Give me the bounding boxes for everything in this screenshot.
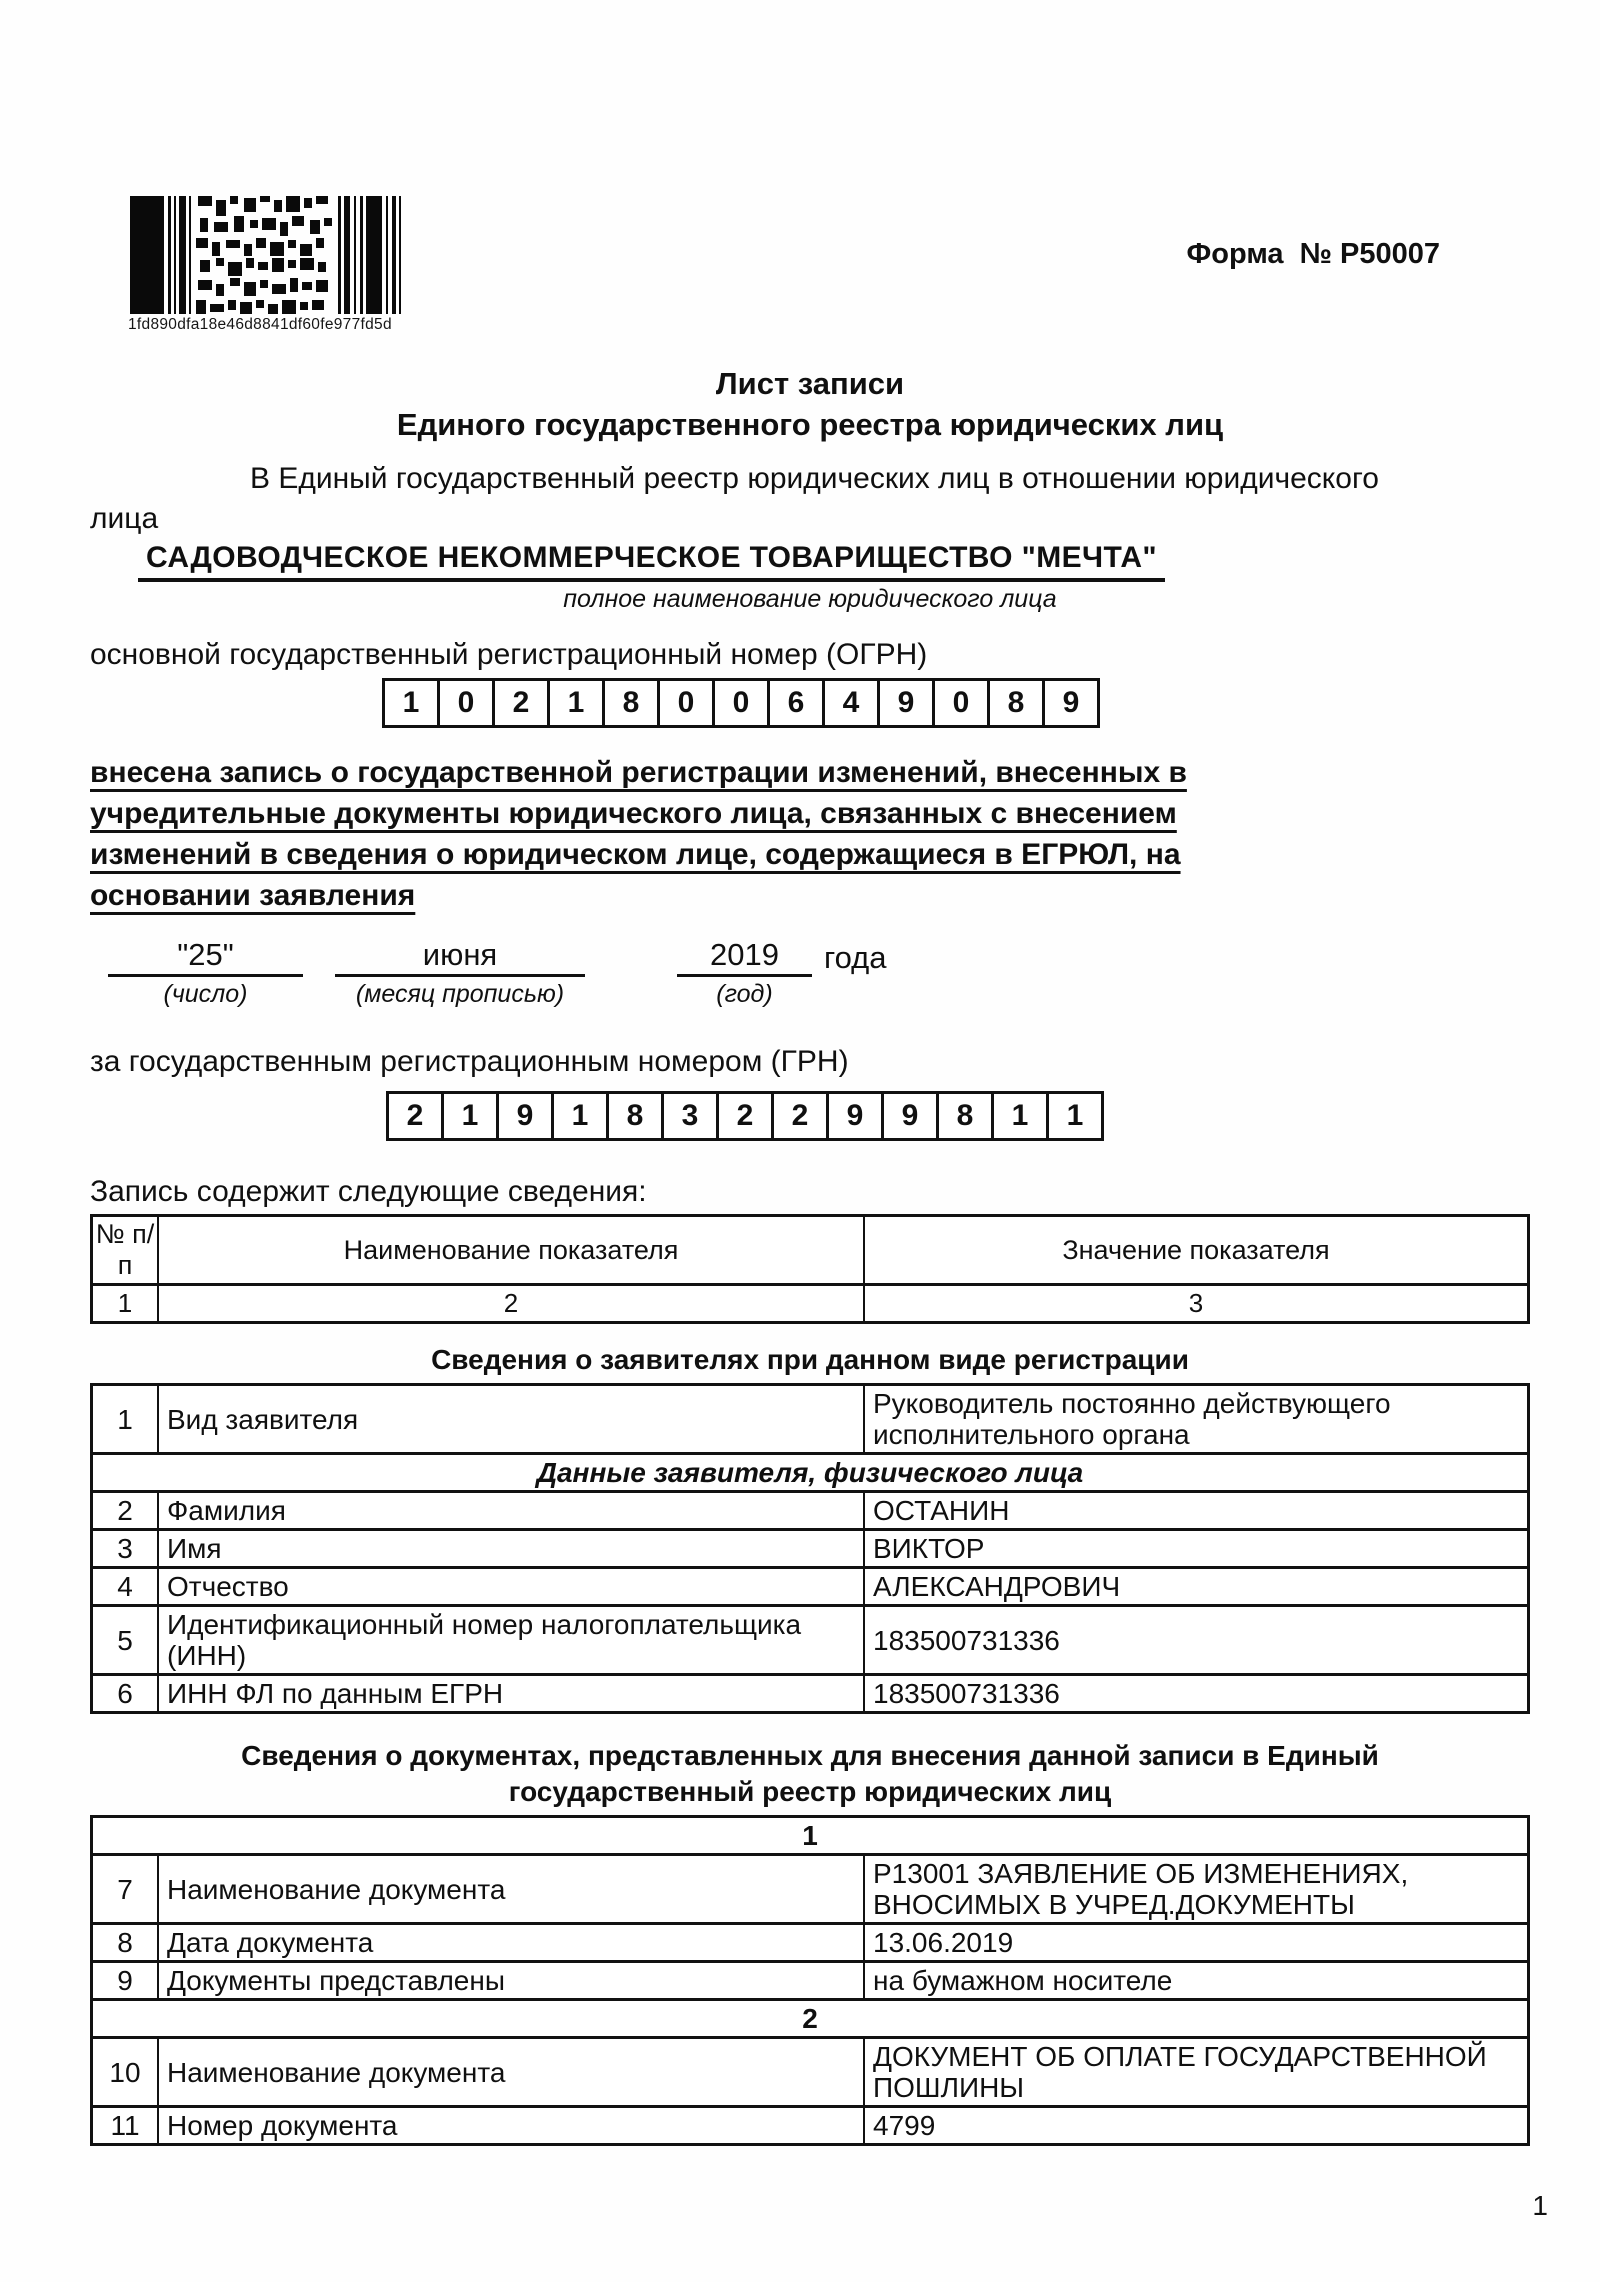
row-value: ДОКУМЕНТ ОБ ОПЛАТЕ ГОСУДАРСТВЕННОЙ ПОШЛИ… [865,2039,1527,2105]
intro-line2: лица [90,502,158,535]
col-value-header: Значение показателя [865,1217,1527,1283]
table-subheader-row: Данные заявителя, физического лица [93,1455,1527,1493]
row-name: Отчество [159,1569,865,1604]
digit-cell: 1 [991,1091,1049,1141]
digit-cell: 1 [551,1091,609,1141]
digit-cell: 1 [547,678,605,728]
row-name: Имя [159,1531,865,1566]
grn-label: за государственным регистрационным номер… [90,1045,1530,1079]
row-name: Вид заявителя [159,1386,865,1452]
table-row: 1 Вид заявителя Руководитель постоянно д… [93,1386,1527,1455]
row-name: ИНН ФЛ по данным ЕГРН [159,1676,865,1711]
row-name: Идентификационный номер налогоплательщик… [159,1607,865,1673]
ogrn-digit-boxes: 1021800649089 [382,678,1530,728]
digit-cell: 9 [881,1091,939,1141]
digit-cell: 1 [382,678,440,728]
digit-cell: 9 [1042,678,1100,728]
digit-cell: 4 [822,678,880,728]
col-num-header: № п/п [93,1217,159,1283]
document-title-line2: Единого государственного реестра юридиче… [90,404,1530,445]
digit-cell: 2 [771,1091,829,1141]
barcode-caption: 1fd890dfa18e46d8841df60fe977fd5d [128,316,428,334]
intro-paragraph: В Единый государственный реестр юридичес… [90,459,1530,539]
section1-title: Сведения о заявителях при данном виде ре… [90,1342,1530,1378]
document-index-label: 2 [93,2001,1527,2036]
digit-cell: 3 [661,1091,719,1141]
ogrn-label: основной государственный регистрационный… [90,638,1530,672]
row-name: Наименование документа [159,2039,865,2105]
row-value: Р13001 ЗАЯВЛЕНИЕ ОБ ИЗМЕНЕНИЯХ, ВНОСИМЫХ… [865,1856,1527,1922]
row-num: 7 [93,1856,159,1922]
document-index-label: 1 [93,1818,1527,1853]
col-name-index: 2 [159,1286,865,1321]
digit-cell: 0 [657,678,715,728]
row-value: 183500731336 [865,1676,1527,1711]
documents-table: 1 7 Наименование документа Р13001 ЗАЯВЛЕ… [90,1815,1530,2146]
registration-statement: внесена запись о государственной регистр… [90,752,1250,916]
row-num: 2 [93,1493,159,1528]
table-row: 3 Имя ВИКТОР [93,1531,1527,1569]
row-name: Фамилия [159,1493,865,1528]
row-num: 3 [93,1531,159,1566]
digit-cell: 8 [987,678,1045,728]
row-num: 6 [93,1676,159,1711]
row-name: Номер документа [159,2108,865,2143]
date-day-value: "25" [108,936,303,977]
row-num: 10 [93,2039,159,2105]
col-num-index: 1 [93,1286,159,1321]
row-num: 8 [93,1925,159,1960]
row-name: Наименование документа [159,1856,865,1922]
row-value: 4799 [865,2108,1527,2143]
document-title-line1: Лист записи [90,363,1530,404]
grn-digit-boxes: 2191832299811 [386,1091,1530,1141]
row-value: ВИКТОР [865,1531,1527,1566]
intro-line1: В Единый государственный реестр юридичес… [250,462,1379,495]
row-num: 9 [93,1963,159,1998]
section2-title: Сведения о документах, представленных дл… [135,1738,1485,1810]
digit-cell: 8 [606,1091,664,1141]
form-number-label: Форма № Р50007 [1187,238,1440,271]
table-row: 4 Отчество АЛЕКСАНДРОВИЧ [93,1569,1527,1607]
digit-cell: 0 [932,678,990,728]
document2-label-row: 2 [93,2001,1527,2039]
date-day-field: "25" (число) [108,936,303,1009]
date-month-value: июня [335,936,585,977]
digit-cell: 9 [877,678,935,728]
row-value: на бумажном носителе [865,1963,1527,1998]
row-num: 1 [93,1386,159,1452]
document1-label-row: 1 [93,1818,1527,1856]
document-body: Лист записи Единого государственного рее… [90,363,1530,2146]
table-row: 11 Номер документа 4799 [93,2108,1527,2143]
document-page: 1fd890dfa18e46d8841df60fe977fd5d Форма №… [0,0,1600,2282]
date-year-suffix: года [824,939,887,977]
subheader-label: Данные заявителя, физического лица [93,1455,1527,1490]
row-value: 13.06.2019 [865,1925,1527,1960]
table-row: 5 Идентификационный номер налогоплательщ… [93,1607,1527,1676]
date-day-caption: (число) [108,980,303,1009]
date-year-value: 2019 [677,936,812,977]
digit-cell: 0 [712,678,770,728]
digit-cell: 0 [437,678,495,728]
digit-cell: 1 [441,1091,499,1141]
digit-cell: 9 [496,1091,554,1141]
date-year-field: 2019 года (год) [677,936,887,1009]
page-number: 1 [1532,2190,1548,2222]
row-num: 4 [93,1569,159,1604]
row-value: ОСТАНИН [865,1493,1527,1528]
table-header-row: № п/п Наименование показателя Значение п… [93,1217,1527,1286]
records-intro: Запись содержит следующие сведения: [90,1175,1530,1209]
row-name: Дата документа [159,1925,865,1960]
row-value: Руководитель постоянно действующего испо… [865,1386,1527,1452]
table-row: 7 Наименование документа Р13001 ЗАЯВЛЕНИ… [93,1856,1527,1925]
digit-cell: 1 [1046,1091,1104,1141]
col-value-index: 3 [865,1286,1527,1321]
table-row: 9 Документы представлены на бумажном нос… [93,1963,1527,2001]
applicants-table: 1 Вид заявителя Руководитель постоянно д… [90,1383,1530,1714]
registration-date: "25" (число) июня (месяц прописью) 2019 … [108,936,1530,1009]
date-year-caption: (год) [677,980,812,1009]
digit-cell: 9 [826,1091,884,1141]
table-row: 6 ИНН ФЛ по данным ЕГРН 183500731336 [93,1676,1527,1711]
date-month-field: июня (месяц прописью) [335,936,585,1009]
row-name: Документы представлены [159,1963,865,1998]
table-row: 2 Фамилия ОСТАНИН [93,1493,1527,1531]
digit-cell: 8 [602,678,660,728]
col-name-header: Наименование показателя [159,1217,865,1283]
date-month-caption: (месяц прописью) [335,980,585,1009]
company-name: САДОВОДЧЕСКОЕ НЕКОММЕРЧЕСКОЕ ТОВАРИЩЕСТВ… [138,541,1530,582]
table-row: 8 Дата документа 13.06.2019 [93,1925,1527,1963]
records-header-table: № п/п Наименование показателя Значение п… [90,1214,1530,1324]
digit-cell: 6 [767,678,825,728]
digit-cell: 2 [386,1091,444,1141]
row-value: 183500731336 [865,1607,1527,1673]
table-index-row: 1 2 3 [93,1286,1527,1321]
digit-cell: 2 [716,1091,774,1141]
digit-cell: 2 [492,678,550,728]
row-num: 11 [93,2108,159,2143]
table-row: 10 Наименование документа ДОКУМЕНТ ОБ ОП… [93,2039,1527,2108]
row-num: 5 [93,1607,159,1673]
digit-cell: 8 [936,1091,994,1141]
company-name-caption: полное наименование юридического лица [90,585,1530,614]
row-value: АЛЕКСАНДРОВИЧ [865,1569,1527,1604]
barcode-image [130,196,402,314]
